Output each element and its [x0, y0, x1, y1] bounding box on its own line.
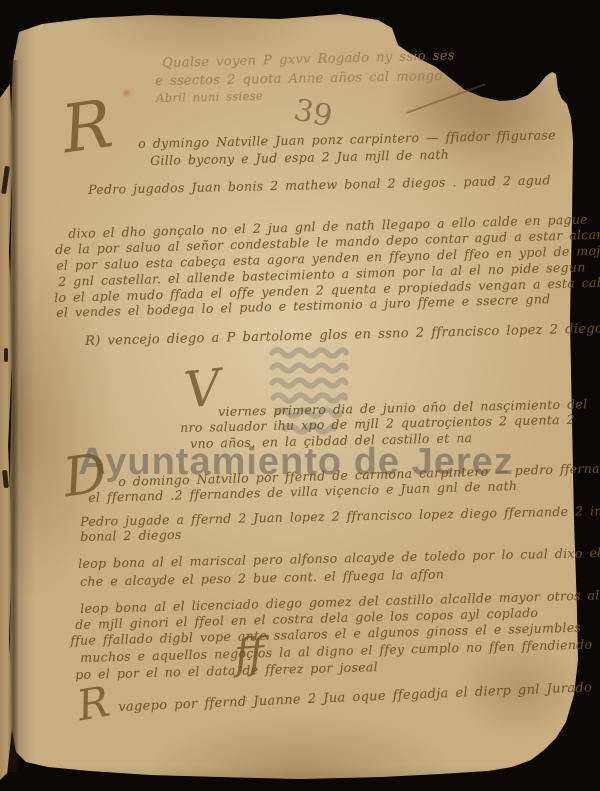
initial-flourish: R: [58, 91, 116, 163]
archive-photo: Qualse voyen P gxvv Rogado ny ssio ses e…: [0, 0, 600, 791]
initial-flourish: V: [182, 362, 223, 416]
folio-number: 39: [291, 92, 336, 134]
handwritten-line: bonal 2 diegos: [80, 527, 182, 544]
initial-flourish: R: [74, 681, 112, 728]
gutter-crease: [7, 60, 19, 772]
header-line: Abril nuni ssiese: [156, 89, 263, 105]
ink-stain: [121, 88, 132, 98]
